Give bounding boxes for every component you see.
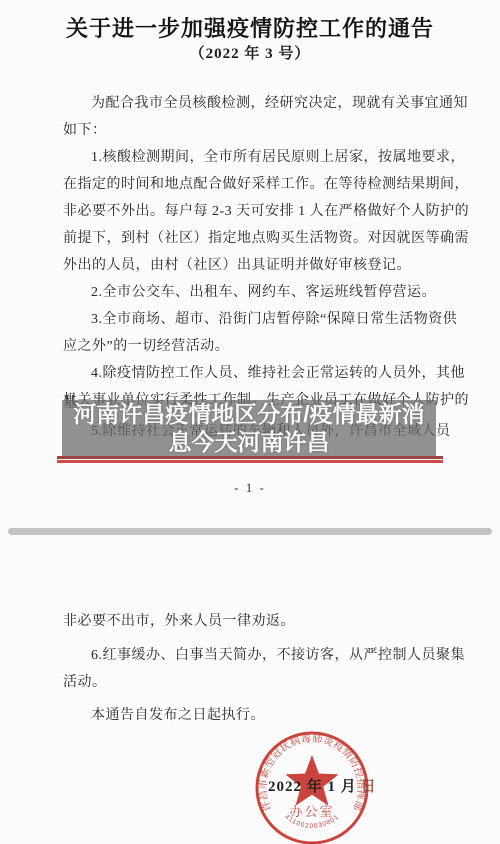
body-line: 非必要不出市，外来人员一律劝返。 — [63, 608, 463, 635]
page-number: - 1 - — [0, 480, 500, 496]
body-line: 3.全市商场、超市、沿街门店暂停除“保障日常生活物资供 — [63, 306, 458, 333]
body-line: 活动。 — [63, 669, 463, 696]
body-line: 为配合我市全员核酸检测，经研究决定，现就有关事宜通知 — [63, 90, 458, 117]
page-divider — [8, 528, 492, 535]
caption-overlay: 河南许昌疫情地区分布/疫情最新消 息今天河南许昌 — [62, 400, 436, 456]
seal-date: 2022 年 1 月日 — [268, 775, 377, 796]
body-line: 非必要不外出。每户每 2-3 天可安排 1 人在严格做好个人防护的 — [63, 198, 458, 225]
body-line: 2.全市公交车、出租车、网约车、客运班线暂停营运。 — [63, 279, 458, 306]
seal-office-label: 办公室 — [289, 804, 334, 819]
seal-date-text: 2022 年 1 月 — [268, 779, 357, 795]
body-line: 6.红事缓办、白事当天简办，不接访客，从严控制人员聚集 — [63, 642, 463, 669]
body-line: 本通告自发布之日起执行。 — [63, 702, 463, 729]
body-line: 1.核酸检测期间，全市所有居民原则上居家，按属地要求， — [63, 144, 458, 171]
body-text-page1: 为配合我市全员核酸检测，经研究决定，现就有关事宜通知 如下： 1.核酸检测期间，… — [63, 90, 458, 414]
red-underline — [57, 456, 443, 463]
caption-overlay-line: 河南许昌疫情地区分布/疫情最新消 — [73, 400, 424, 428]
doc-number: （2022 年 3 号） — [0, 42, 500, 63]
page-title: 关于进一步加强疫情防控工作的通告 — [0, 12, 500, 43]
body-line: 4.除疫情防控工作人员、维持社会正常运转的人员外，其他 — [63, 360, 458, 387]
body-line: 前提下，到村（社区）指定地点购买生活物资。对因就医等确需 — [63, 225, 458, 252]
red-underline-top — [57, 456, 443, 459]
body-text-page2: 非必要不出市，外来人员一律劝返。 6.红事缓办、白事当天简办，不接访客，从严控制… — [63, 608, 463, 729]
seal-date-day: 日 — [361, 779, 377, 795]
red-underline-bottom — [57, 460, 443, 463]
body-line: 外出的人员，由村（社区）出具证明并做好审核登记。 — [63, 252, 458, 279]
document-page: 关于进一步加强疫情防控工作的通告 （2022 年 3 号） 为配合我市全员核酸检… — [0, 0, 500, 844]
body-line: 如下： — [63, 117, 458, 144]
body-line: 在指定的时间和地点配合做好采样工作。在等待检测结果期间， — [63, 171, 458, 198]
body-line: 应之外”的一切经营活动。 — [63, 333, 458, 360]
caption-overlay-line: 息今天河南许昌 — [169, 428, 330, 456]
